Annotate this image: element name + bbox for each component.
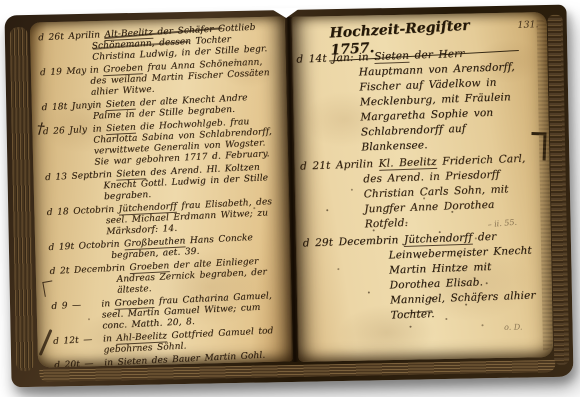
entry-date: d 13 Septbr: [45, 170, 105, 206]
entry-lead: in: [116, 263, 125, 273]
entry-lead: in: [103, 170, 112, 180]
faint-scribble: o. D.: [504, 323, 523, 332]
ink-speck: [88, 318, 90, 320]
right-page: Hochzeit-Regiſter 1757. 131. d 14t Jan: …: [292, 12, 554, 362]
ink-speck: [459, 255, 461, 257]
entry-date: d 18 Octobr: [47, 205, 107, 241]
entry-lead: in: [362, 158, 373, 170]
entry-text: in Jütchendorff der Leinwebermeister Kne…: [388, 228, 537, 323]
ink-speck: [387, 205, 390, 207]
entry-date: d 9 —: [51, 300, 103, 335]
entry-date: d 18t Juny: [41, 101, 93, 125]
ink-speck: [405, 222, 407, 224]
entry-lead: in: [92, 100, 101, 110]
entry-date: d 29t Decembr: [303, 234, 391, 327]
ink-speck: [351, 188, 353, 190]
entry-text: in Sieten der Herr Hauptmann von Arensdo…: [358, 45, 531, 156]
open-book: d 26t April in Alt-Beelitz der Schäfer G…: [4, 5, 573, 388]
ink-speck: [445, 318, 447, 320]
entry-date: d 19t Octobr: [48, 240, 111, 265]
entry-date: d 21t April: [300, 157, 365, 234]
ink-speck: [326, 209, 328, 211]
cross-mark: †: [36, 123, 44, 135]
ink-speck: [430, 297, 433, 299]
photo-background: d 26t April in Alt-Beelitz der Schäfer G…: [0, 0, 580, 397]
margin-stroke-mark: [39, 329, 52, 356]
ink-speck: [481, 324, 483, 326]
entry-date: d 2t Decembr: [49, 264, 117, 300]
margin-bracket-icon: [531, 132, 547, 160]
entry-place: Kl. Beelitz: [378, 156, 437, 171]
entry-date: d 14t Jan:: [296, 51, 362, 158]
entry-date: d 20t —: [54, 359, 104, 368]
page-spread: d 26t April in Alt-Beelitz der Schäfer G…: [31, 12, 554, 367]
left-page: d 26t April in Alt-Beelitz der Schäfer G…: [30, 16, 293, 367]
ink-speck: [337, 268, 339, 270]
entry-text: in Sieten die Hochwohlgeb. frau Charlott…: [93, 116, 280, 169]
page-number: 131.: [517, 16, 539, 31]
entry-date: d 26 July: [43, 125, 95, 171]
entry-date: d 26t April: [38, 31, 93, 67]
ink-speck: [410, 325, 412, 327]
left-page-handwriting: d 26t April in Alt-Beelitz der Schäfer G…: [38, 22, 289, 360]
entry-lead: in: [105, 205, 114, 215]
entry-lead: in: [388, 234, 399, 246]
ink-speck: [212, 156, 214, 158]
entry-lead: in: [90, 65, 99, 75]
entry-text: in Groeben der alte Einlieger Andreas Ze…: [116, 256, 286, 297]
entry-lead: in: [104, 358, 113, 367]
entry-lead: in: [110, 240, 119, 250]
entry-place: Sieten: [374, 50, 409, 64]
entry-lead: in: [358, 51, 369, 63]
ink-speck: [474, 238, 476, 240]
entry-date: d 12t —: [53, 335, 104, 359]
entry-date: d 19 May: [40, 66, 92, 101]
right-page-handwriting: d 14t Jan: in Sieten der Herr Hauptmann …: [296, 45, 536, 329]
entry-lead: in: [103, 334, 112, 344]
entry-lead: in: [91, 30, 100, 40]
marriage-entry: d 14t Jan: in Sieten der Herr Hauptmann …: [296, 45, 531, 158]
entry-lead: in: [101, 299, 110, 309]
entry-lead: in: [93, 124, 102, 134]
entry-place: Jütchendorff: [404, 232, 473, 247]
ink-speck: [485, 282, 487, 284]
ink-speck: [423, 197, 425, 199]
ink-speck: [372, 229, 374, 231]
entry-place: Sieten: [117, 356, 147, 367]
